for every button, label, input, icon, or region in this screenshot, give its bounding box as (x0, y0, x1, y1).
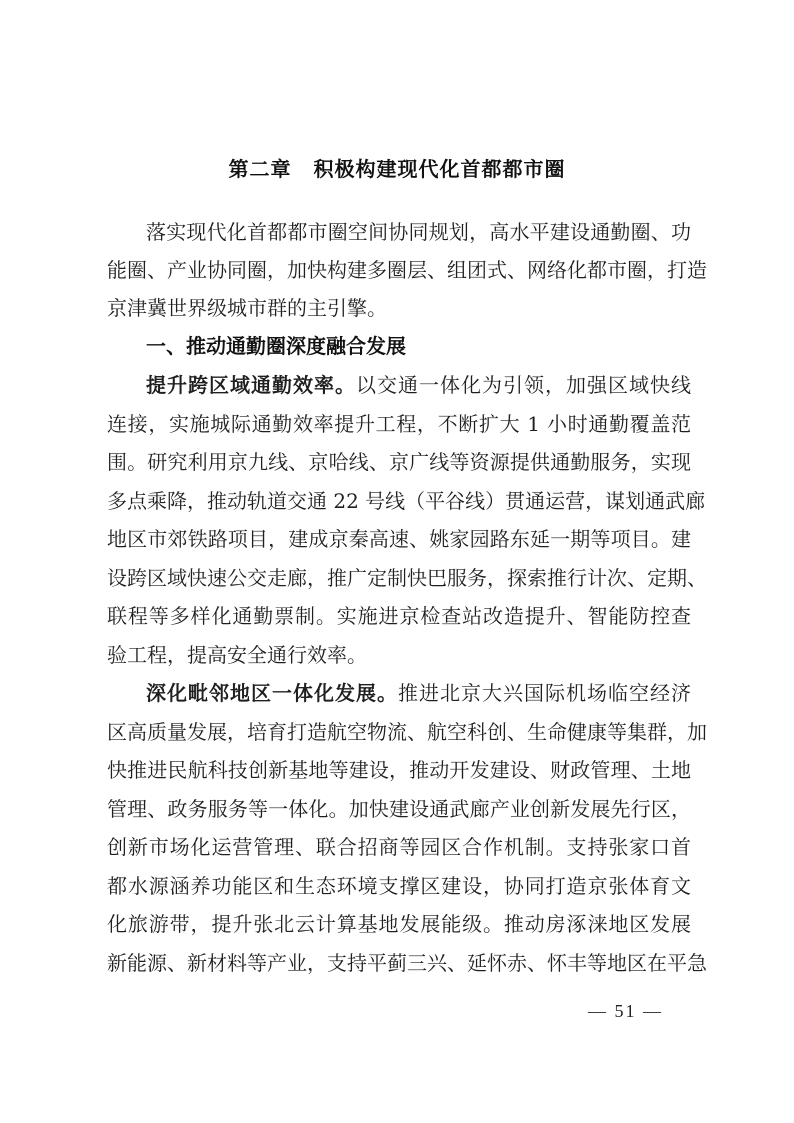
paragraph-1-line-3: 围。研究利用京九线、京哈线、京广线等资源提供通勤服务，实现 (107, 447, 691, 477)
chapter-number: 第二章 (229, 157, 292, 181)
paragraph-2-lead: 深化毗邻地区一体化发展。 (146, 681, 398, 705)
paragraph-2-line-7: 化旅游带，提升张北云计算基地发展能级。推动房涿涞地区发展 (107, 909, 691, 939)
intro-line-2: 能圈、产业协同圈，加快构建多圈层、组团式、网络化都市圈，打造 (107, 255, 691, 285)
document-page: 第二章积极构建现代化首都都市圈 落实现代化首都都市圈空间协同规划，高水平建设通勤… (0, 0, 794, 1123)
chapter-name: 积极构建现代化首都都市圈 (314, 157, 566, 181)
intro-line-1: 落实现代化首都都市圈空间协同规划，高水平建设通勤圈、功 (146, 217, 691, 247)
paragraph-2-line-8: 新能源、新材料等产业，支持平蓟三兴、延怀赤、怀丰等地区在平急 (107, 948, 691, 978)
page-number: — 51 — (588, 998, 663, 1024)
paragraph-2-line-2: 区高质量发展，培育打造航空物流、航空科创、生命健康等集群，加 (107, 717, 691, 747)
paragraph-2-line-5: 创新市场化运营管理、联合招商等园区合作机制。支持张家口首 (107, 832, 691, 862)
paragraph-1-line-1: 提升跨区域通勤效率。以交通一体化为引领，加强区域快线 (146, 370, 691, 400)
paragraph-2-first-line-rest: 推进北京大兴国际机场临空经济 (398, 681, 691, 705)
paragraph-1-line-8: 验工程，提高安全通行效率。 (107, 640, 691, 670)
paragraph-1-line-6: 设跨区域快速公交走廊，推广定制快巴服务，探索推行计次、定期、 (107, 563, 691, 593)
paragraph-2-line-6: 都水源涵养功能区和生态环境支撑区建设，协同打造京张体育文 (107, 871, 691, 901)
paragraph-2-line-1: 深化毗邻地区一体化发展。推进北京大兴国际机场临空经济 (146, 678, 691, 708)
paragraph-1-line-5: 地区市郊铁路项目，建成京秦高速、姚家园路东延一期等项目。建 (107, 524, 691, 554)
intro-line-3: 京津冀世界级城市群的主引擎。 (107, 293, 691, 323)
paragraph-1-line-2: 连接，实施城际通勤效率提升工程，不断扩大 1 小时通勤覆盖范 (107, 409, 691, 439)
paragraph-1-first-line-rest: 以交通一体化为引领，加强区域快线 (356, 373, 691, 397)
paragraph-1-lead: 提升跨区域通勤效率。 (146, 373, 356, 397)
section-heading: 一、推动通勤圈深度融合发展 (146, 331, 406, 361)
paragraph-2-line-3: 快推进民航科技创新基地等建设，推动开发建设、财政管理、土地 (107, 755, 691, 785)
paragraph-1-line-4: 多点乘降，推动轨道交通 22 号线（平谷线）贯通运营，谋划通武廊 (107, 486, 691, 516)
chapter-title: 第二章积极构建现代化首都都市圈 (0, 153, 794, 182)
paragraph-2-line-4: 管理、政务服务等一体化。加快建设通武廊产业创新发展先行区， (107, 794, 691, 824)
paragraph-1-line-7: 联程等多样化通勤票制。实施进京检查站改造提升、智能防控查 (107, 601, 691, 631)
